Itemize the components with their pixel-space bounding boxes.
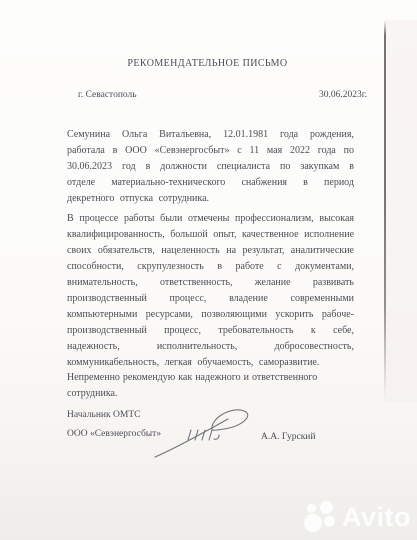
- scan-edge-shade: [386, 20, 417, 402]
- paragraph-employment-summary: Семунина Ольга Витальевна, 12.01.1981 го…: [67, 127, 354, 207]
- letter-title: РЕКОМЕНДАТЕЛЬНОЕ ПИСЬМО: [60, 58, 355, 69]
- scanned-letter-page: РЕКОМЕНДАТЕЛЬНОЕ ПИСЬМО г. Севастополь 3…: [0, 0, 417, 540]
- signee-name: А.А. Гурский: [261, 432, 315, 442]
- signoff-company: ООО «Севэнергосбыт»: [67, 429, 161, 439]
- signoff-position: Начальник ОМТС: [67, 410, 140, 420]
- avito-wordmark: Avito: [342, 502, 411, 532]
- avito-logo-icon: [303, 501, 337, 533]
- avito-dot-large-bottom-left: [304, 514, 322, 532]
- city-label: г. Севастополь: [78, 90, 137, 100]
- avito-dot-small-top-left: [307, 504, 316, 513]
- avito-dot-small-bottom-right: [324, 516, 335, 527]
- avito-dot-medium-top-right: [320, 501, 333, 514]
- date-label: 30.06.2023г.: [319, 90, 367, 100]
- paragraph-qualities: В процессе работы были отмечены професси…: [67, 211, 354, 371]
- scan-edge-line: [384, 20, 386, 402]
- signature-scribble: [148, 404, 256, 462]
- avito-watermark: Avito: [303, 501, 411, 533]
- paragraph-recommendation: Непременно рекомендую как надежного и от…: [67, 370, 354, 402]
